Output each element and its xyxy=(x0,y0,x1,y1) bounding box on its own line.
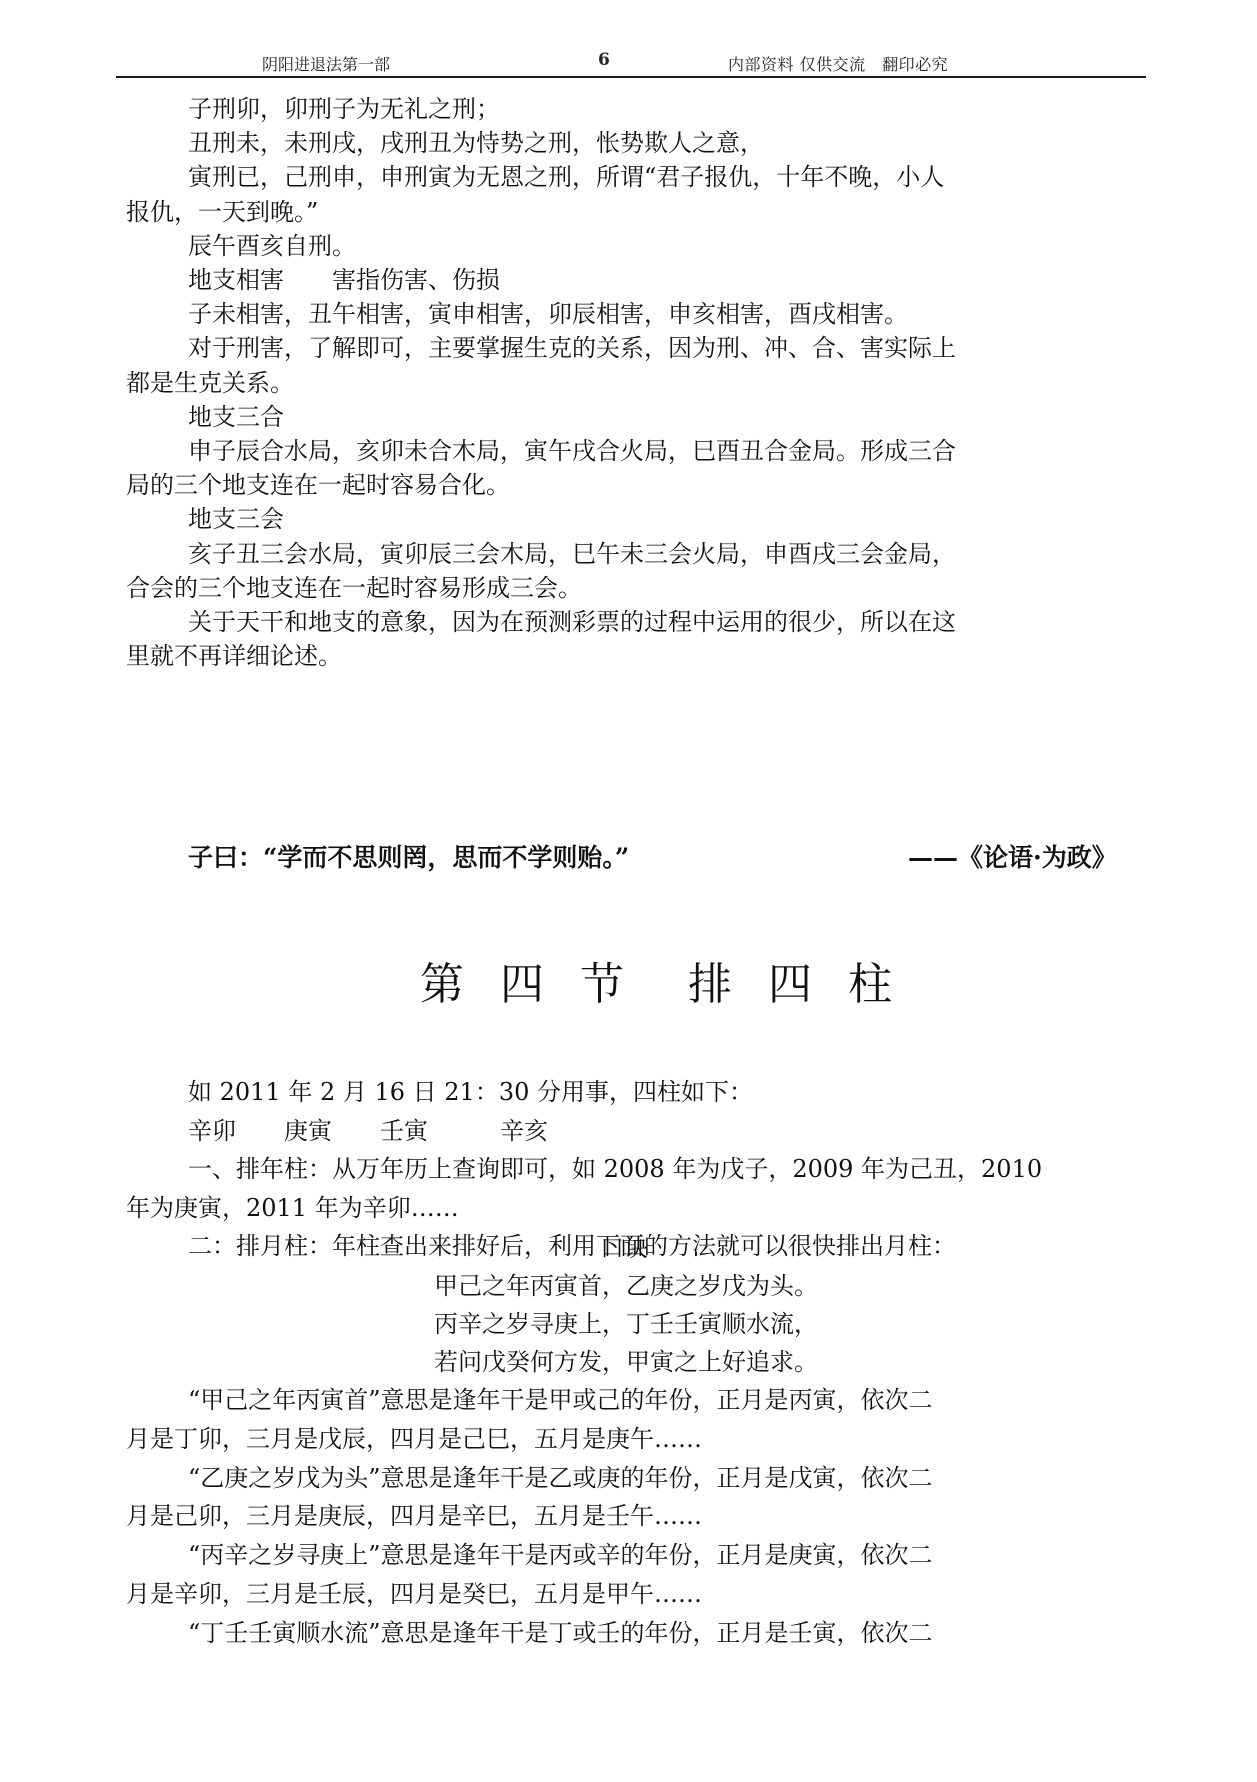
epigraph-quote: 子曰：“学而不思则罔，思而不学则贻。” ——《论语·为政》 xyxy=(188,838,1148,874)
header-rule xyxy=(116,76,1146,78)
quote-source: ——《论语·为政》 xyxy=(908,838,1117,874)
paragraph-line: 年为庚寅，2011 年为辛卯…… xyxy=(0,1193,459,1223)
paragraph-line: 月是丁卯，三月是戊辰，四月是己巳，五月是庚午…… xyxy=(0,1424,702,1454)
paragraph-line: “丁壬壬寅顺水流”意思是逢年干是丁或壬的年份，正月是壬寅，依次二 xyxy=(0,1618,933,1648)
mnemonic-title: 口诀 xyxy=(600,1233,648,1263)
section-title: 排 四 柱 xyxy=(688,948,894,1012)
paragraph-line: 亥子丑三会水局，寅卯辰三会木局，巳午未三会火局，申酉戌三会金局， xyxy=(0,539,956,569)
paragraph-line: 申子辰合水局，亥卯未合木局，寅午戌合火局，巳酉丑合金局。形成三合 xyxy=(0,436,956,466)
paragraph-line: 关于天干和地支的意象，因为在预测彩票的过程中运用的很少，所以在这 xyxy=(0,607,956,637)
paragraph-line: 里就不再详细论述。 xyxy=(0,641,342,671)
paragraph-line: 子未相害，丑午相害，寅申相害，卯辰相害，申亥相害，酉戌相害。 xyxy=(0,299,908,329)
page-header: 阴阳进退法第一部 6 内部资料 仅供交流 翻印必究 xyxy=(118,48,1143,78)
paragraph-line: 子刑卯，卯刑子为无礼之刑； xyxy=(0,94,500,124)
mnemonic-line-3: 若问戊癸何方发，甲寅之上好追求。 xyxy=(434,1347,818,1377)
paragraph-line: 对于刑害，了解即可，主要掌握生克的关系，因为刑、冲、合、害实际上 xyxy=(0,333,956,363)
paragraph-line: 报仇，一天到晚。” xyxy=(0,197,318,227)
paragraph-line: “乙庚之岁戊为头”意思是逢年干是乙或庚的年份，正月是戊寅，依次二 xyxy=(0,1463,933,1493)
paragraph-line: 地支相害 害指伤害、伤损 xyxy=(0,265,500,295)
page-number: 6 xyxy=(598,50,610,70)
paragraph-line: 寅刑已，己刑申，申刑寅为无恩之刑，所谓“君子报仇，十年不晚，小人 xyxy=(0,162,944,192)
paragraph-line: “甲己之年丙寅首”意思是逢年干是甲或己的年份，正月是丙寅，依次二 xyxy=(0,1385,933,1415)
paragraph-line: 辛卯 庚寅 壬寅 辛亥 xyxy=(0,1116,548,1146)
paragraph-line: 二：排月柱：年柱查出来排好后，利用下面的方法就可以很快排出月柱： xyxy=(0,1231,956,1261)
mnemonic-line-2: 丙辛之岁寻庚上，丁壬壬寅顺水流， xyxy=(434,1309,818,1339)
copyright-notice: 内部资料 仅供交流 翻印必究 xyxy=(728,52,948,75)
paragraph-line: 月是辛卯，三月是壬辰，四月是癸巳，五月是甲午…… xyxy=(0,1579,702,1609)
paragraph-line: 一、排年柱：从万年历上查询即可，如 2008 年为戊子，2009 年为己丑，20… xyxy=(0,1154,1042,1184)
paragraph-line: 地支三合 xyxy=(0,402,284,432)
section-number: 第 四 节 xyxy=(420,948,626,1012)
book-title: 阴阳进退法第一部 xyxy=(262,52,390,75)
paragraph-line: 月是己卯，三月是庚辰，四月是辛巳，五月是壬午…… xyxy=(0,1501,702,1531)
paragraph-line: 丑刑未，未刑戌，戌刑丑为恃势之刑，怅势欺人之意， xyxy=(0,128,764,158)
paragraph-line: 局的三个地支连在一起时容易合化。 xyxy=(0,470,510,500)
paragraph-line: 都是生克关系。 xyxy=(0,368,294,398)
paragraph-line: 合会的三个地支连在一起时容易形成三会。 xyxy=(0,573,582,603)
quote-text: 子曰：“学而不思则罔，思而不学则贻。” xyxy=(188,843,629,872)
paragraph-line: 如 2011 年 2 月 16 日 21：30 分用事，四柱如下： xyxy=(0,1077,753,1107)
mnemonic-line-1: 甲己之年丙寅首，乙庚之岁戊为头。 xyxy=(434,1271,818,1301)
paragraph-line: “丙辛之岁寻庚上”意思是逢年干是丙或辛的年份，正月是庚寅，依次二 xyxy=(0,1540,933,1570)
paragraph-line: 地支三会 xyxy=(0,504,284,534)
paragraph-line: 辰午酉亥自刑。 xyxy=(0,231,356,261)
